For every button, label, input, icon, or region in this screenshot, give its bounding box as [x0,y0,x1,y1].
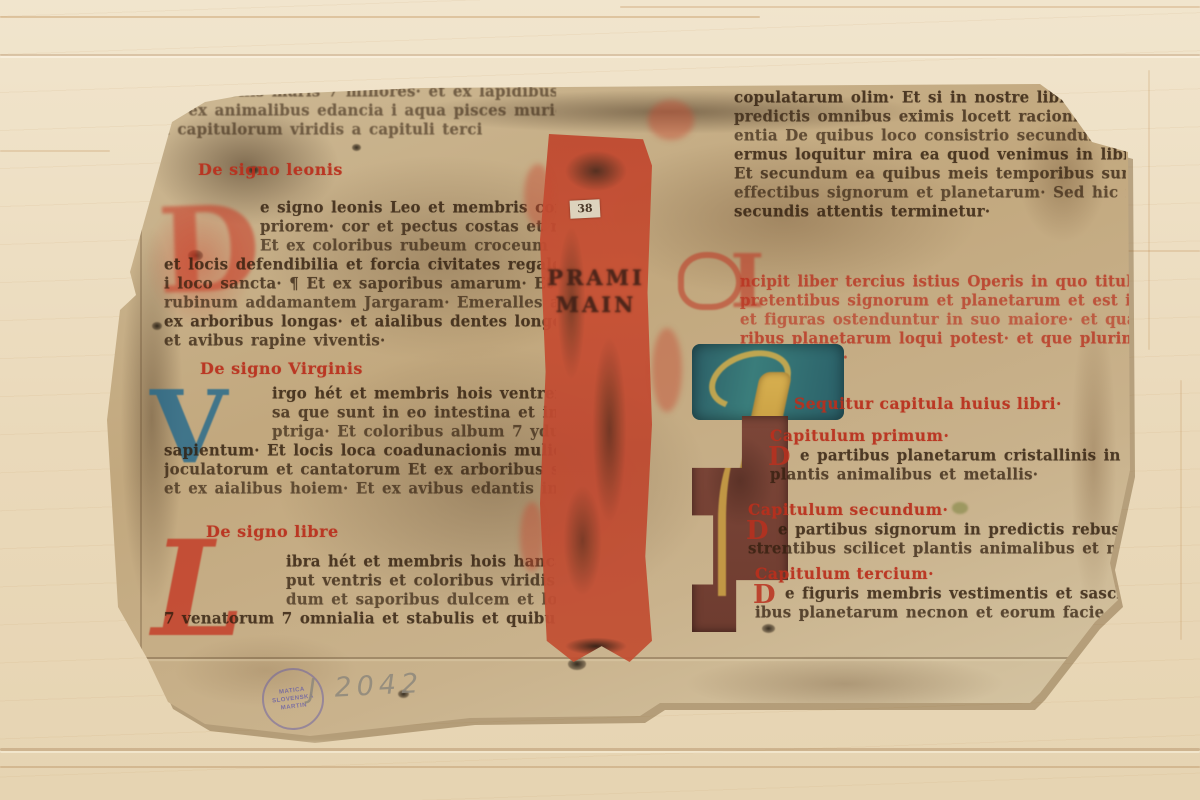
wood-plank-seam [0,54,1200,56]
wood-grain-streak [620,6,1200,8]
text-line: sapientum· Et locis loca coadunacionis m… [164,441,556,461]
chapter-1-text: e partibus planetarum cristallinis inpla… [770,446,1162,484]
text-line: plantis animalibus et metallis· [770,465,1162,485]
left-page-trimmed-lines: aque leonis maris 7 minores· et ex lapid… [164,82,556,139]
ink-stain [352,144,361,151]
text-line: strentibus scilicet plantis animalibus e… [748,539,1140,559]
pigment-stain [952,502,968,514]
wood-grain-streak [0,150,110,152]
ink-stain [762,624,775,633]
red-paint-smear [652,328,682,412]
text-line: ex arboribus longas· et aialibus dentes … [164,312,556,332]
pencil-shelfmark: J 2042 [307,669,424,705]
text-line: 7 venatorum 7 omnialia et stabulis et qu… [164,609,556,629]
wood-grain-streak [1180,380,1182,640]
text-line: et avibus rapine viventis· [164,331,556,351]
text-line: e figuris membris vestimentis et sascinu… [755,584,1147,604]
ink-stain [152,322,162,330]
text-line: pretentibus signorum et planetarum et es… [740,291,1132,311]
wood-grain-streak [1148,70,1150,350]
right-page-top-text: copulatarum olim· Et si in nostre libris… [734,88,1126,221]
text-line: PRAMI [540,264,652,291]
text-line: dum et saporibus dulcem et locis venu [164,590,556,610]
text-line: ermus loquitur mira ea quod venimus in l… [734,145,1126,165]
text-line: copulatarum olim· Et si in nostre libris [734,88,1126,108]
text-line: MAIN [540,291,652,318]
text-line: e partibus signorum in predictis rebus p… [748,520,1140,540]
text-line: i loco sancta· ¶ Et ex saporibus amarum·… [164,274,556,294]
text-line: Et ex coloribus rubeum croceum et viri [164,236,556,256]
section-leo-text: e signo leonis Leo et membris corpus hé … [164,198,556,350]
text-line: joculatorum et cantatorum Et ex arboribu… [164,460,556,480]
text-line: et ex animalibus edancia i aqua pisces m… [164,101,556,121]
text-line: et ex aialibus hoiem· Et ex avibus edant… [164,479,556,499]
wood-grain-streak [0,16,760,18]
chapter-2-heading: Capitulum secundum· [748,500,948,520]
text-line: ibra hét et membris hois hancas 7 nates [164,552,556,572]
text-line: put ventris et coloribus viridis violari [164,571,556,591]
text-line: entia De quibus loco consistrio secundum… [734,126,1126,146]
text-line: ibus planetarum necnon et eorum facie 7 … [755,603,1147,623]
red-paint-smear [648,100,694,140]
wood-grain-streak [0,766,1200,768]
chapter-2-text: e partibus signorum in predictis rebus p… [748,520,1140,558]
chapter-3-heading: Capitulum tercium· [755,564,934,584]
text-line: sa que sunt in eo intestina et inferiora… [164,403,556,423]
fold-crease [124,657,1104,659]
text-line: Et secundum ea quibus meis temporibus su… [734,164,1126,184]
section-heading-libra: De signo libre [206,522,339,542]
section-heading-virgo: De signo Virginis [200,359,363,379]
chapter-3-text: e figuris membris vestimentis et sascinu… [755,584,1147,622]
spine-number-label: 38 [570,199,601,219]
text-line: rubinum addamantem Jargaram· Emeralles a [164,293,556,313]
text-line: secundis attentis terminetur· [734,202,1126,222]
text-line: priorem· cor et pectus costas et renes p [164,217,556,237]
wood-plank-seam [0,748,1200,751]
parchment-fragment: aque leonis maris 7 minores· et ex lapid… [100,72,1135,737]
text-line: ptriga· Et coloribus album 7 ydu· Et sa [164,422,556,442]
text-line: e partibus planetarum cristallinis in [770,446,1162,466]
section-libra-text: ibra hét et membris hois hancas 7 natesp… [164,552,556,628]
text-line: aque leonis maris 7 minores· et ex lapid… [164,82,556,102]
chapter-1-heading: Capitulum primum· [770,426,949,446]
text-line: et figuras ostenduntur in suo maiore· et… [740,310,1132,330]
text-line: i capitulorum viridis a capituli terci [164,120,556,140]
spine-title-lettering: PRAMIMAIN [540,264,652,318]
manuscript-photo: aque leonis maris 7 minores· et ex lapid… [0,0,1200,800]
section-heading-leo: De signo leonis [198,160,343,180]
text-line: et locis defendibilia et forcia civitate… [164,255,556,275]
text-line: e signo leonis Leo et membris corpus hé … [164,198,556,218]
text-line: ncipit liber tercius istius Operis in qu… [740,272,1132,292]
chapter-list-heading: Sequitur capitula huius libri· [794,394,1062,414]
text-line: effectibus signorum et planetarum· Sed h… [734,183,1126,203]
text-line: irgo hét et membris hois ventrem et ido [164,384,556,404]
red-paint-smear [524,164,552,226]
red-paint-smear [520,502,544,572]
section-virgo-text: irgo hét et membris hois ventrem et idos… [164,384,556,498]
text-line: predictis omnibus eximis locett racionib… [734,107,1126,127]
fold-crease [140,132,142,687]
